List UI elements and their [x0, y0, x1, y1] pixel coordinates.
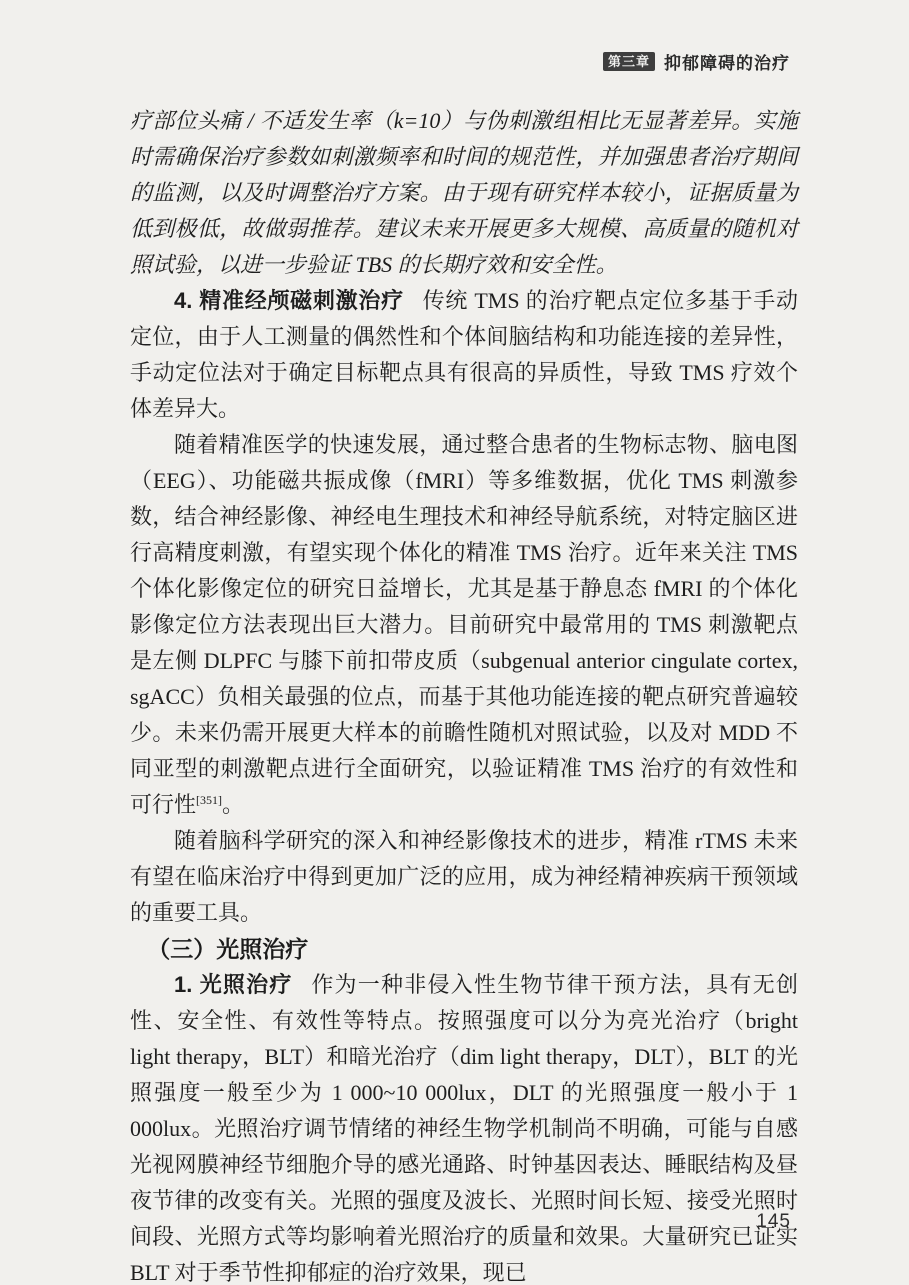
paragraph-light-therapy-text: 作为一种非侵入性生物节律干预方法，具有无创性、安全性、有效性等特点。按照强度可以… [130, 972, 798, 1285]
page-number: 145 [756, 1211, 791, 1233]
reference-mark-351: [351] [196, 793, 222, 807]
paragraph-precision-medicine-text: 随着精准医学的快速发展，通过整合患者的生物标志物、脑电图（EEG）、功能磁共振成… [130, 432, 798, 817]
paragraph-precision-medicine: 随着精准医学的快速发展，通过整合患者的生物标志物、脑电图（EEG）、功能磁共振成… [130, 427, 798, 823]
paragraph-precision-tms: 4. 精准经颅磁刺激治疗传统 TMS 的治疗靶点定位多基于手动定位，由于人工测量… [130, 283, 798, 427]
paragraph-rtms-outlook-text: 随着脑科学研究的深入和神经影像技术的进步，精准 rTMS 未来有望在临床治疗中得… [130, 828, 798, 925]
section-heading-light-therapy: （三）光照治疗 [130, 931, 798, 967]
paragraph-precision-medicine-tail: 。 [222, 792, 244, 817]
chapter-number-badge: 第三章 [603, 52, 655, 71]
paragraph-rtms-outlook: 随着脑科学研究的深入和神经影像技术的进步，精准 rTMS 未来有望在临床治疗中得… [130, 823, 798, 931]
paragraph-tbs-continuation-text: 疗部位头痛 / 不适发生率（k=10）与伪刺激组相比无显著差异。实施时需确保治疗… [130, 108, 798, 277]
run-in-heading-precision-tms: 4. 精准经颅磁刺激治疗 [174, 288, 404, 313]
body-text-block: 疗部位头痛 / 不适发生率（k=10）与伪刺激组相比无显著差异。实施时需确保治疗… [130, 103, 798, 1285]
book-page: 第三章 抑郁障碍的治疗 疗部位头痛 / 不适发生率（k=10）与伪刺激组相比无显… [0, 0, 909, 1285]
run-in-heading-light-therapy: 1. 光照治疗 [174, 972, 293, 997]
running-header: 第三章 抑郁障碍的治疗 [603, 49, 790, 74]
paragraph-tbs-continuation: 疗部位头痛 / 不适发生率（k=10）与伪刺激组相比无显著差异。实施时需确保治疗… [130, 103, 798, 283]
paragraph-light-therapy: 1. 光照治疗作为一种非侵入性生物节律干预方法，具有无创性、安全性、有效性等特点… [130, 967, 798, 1285]
chapter-title: 抑郁障碍的治疗 [664, 49, 790, 74]
